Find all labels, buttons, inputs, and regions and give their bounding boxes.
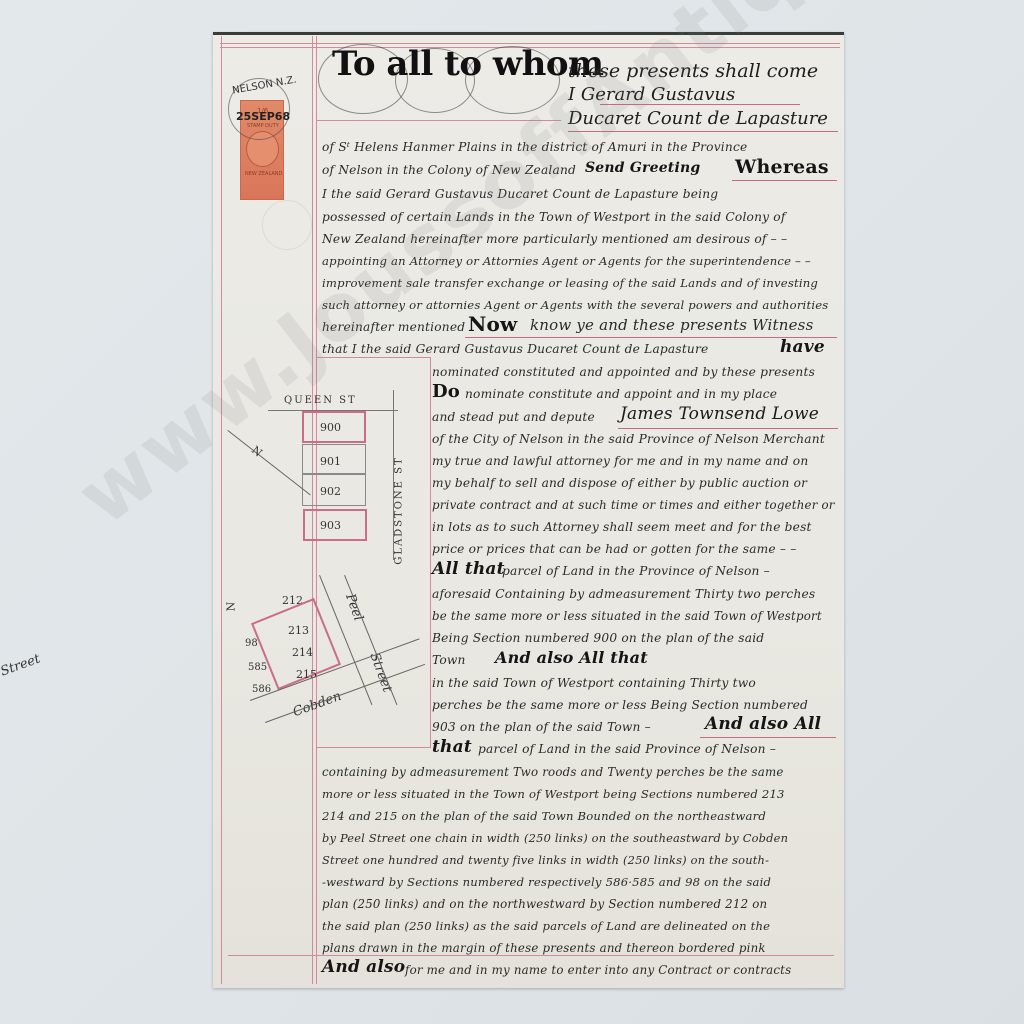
and-also-underline	[700, 737, 836, 738]
stamp-label-bottom: NEW ZEALAND	[245, 171, 282, 177]
lot-903-label: 903	[320, 519, 341, 532]
body-line: in lots as to such Attorney shall seem m…	[432, 520, 812, 534]
body-line: -westward by Sections numbered respectiv…	[322, 875, 771, 889]
title-underline	[316, 120, 561, 121]
body-line: I the said Gerard Gustavus Ducaret Count…	[322, 187, 718, 201]
body-line: plan (250 links) and on the northwestwar…	[322, 897, 767, 911]
do-word: Do	[432, 381, 460, 402]
body-line: such attorney or attornies Agent or Agen…	[322, 298, 828, 312]
body-line: New Zealand hereinafter more particularl…	[322, 232, 787, 246]
lot-98-label: 98	[245, 638, 258, 649]
body-line: 903 on the plan of the said Town –	[432, 720, 651, 734]
all-that-1: All that	[432, 559, 505, 579]
north-arrow-2: N	[224, 602, 237, 612]
header-underline-3	[568, 131, 838, 132]
body-line: hereinafter mentioned	[322, 320, 465, 334]
body-line: that I the said Gerard Gustavus Ducaret …	[322, 342, 708, 356]
that-word: that	[432, 737, 472, 757]
body-line: be the same more or less situated in the…	[432, 609, 822, 623]
body-line: my true and lawful attorney for me and i…	[432, 454, 808, 468]
body-line: of the City of Nelson in the said Provin…	[432, 432, 825, 446]
body-line: by Peel Street one chain in width (250 l…	[322, 831, 788, 845]
and-also-all: And also All	[705, 714, 821, 734]
attorney-name: James Townsend Lowe	[620, 404, 819, 424]
queen-street-label: QUEEN ST	[284, 395, 357, 406]
header-underline-2	[600, 104, 800, 105]
body-line: parcel of Land in the Province of Nelson…	[502, 564, 770, 578]
lot-900-label: 900	[320, 421, 341, 434]
body-line: private contract and at such time or tim…	[432, 498, 835, 512]
gladstone-street-label: GLADSTONE ST	[394, 456, 405, 564]
and-also-all-that: And also All that	[495, 648, 648, 667]
margin-box-right	[430, 357, 431, 747]
body-line: my behalf to sell and dispose of either …	[432, 476, 807, 490]
send-greeting: Send Greeting	[585, 160, 700, 176]
body-line: of Nelson in the Colony of New Zealand	[322, 163, 576, 177]
header-line-2: I Gerard Gustavus	[568, 84, 735, 105]
know-ye-line: know ye and these presents Witness	[530, 316, 813, 334]
body-line: parcel of Land in the said Province of N…	[478, 742, 776, 756]
body-line: plans drawn in the margin of these prese…	[322, 941, 766, 955]
and-also-final: And also	[322, 957, 405, 977]
cobden-street-label-2: Street	[0, 651, 42, 679]
margin-box-top	[316, 357, 431, 358]
header-line-1: these presents shall come	[568, 60, 818, 82]
document-title: To all to whom	[332, 44, 603, 84]
whereas-heading: Whereas	[735, 156, 829, 178]
body-line: nominated constituted and appointed and …	[432, 365, 815, 379]
body-line: and stead put and depute	[432, 410, 595, 424]
lot-214-label: 214	[292, 646, 313, 659]
body-line: price or prices that can be had or gotte…	[432, 542, 797, 556]
body-line: nominate constitute and appoint and in m…	[465, 387, 777, 401]
lot-585-label: 585	[248, 662, 267, 673]
header-line-3: Ducaret Count de Lapasture	[568, 108, 828, 129]
whereas-underline	[732, 180, 837, 181]
body-line: Town	[432, 653, 466, 667]
body-line: for me and in my name to enter into any …	[405, 963, 791, 977]
bottom-rule	[228, 955, 834, 956]
body-line: improvement sale transfer exchange or le…	[322, 276, 818, 290]
body-line: of Sᵗ Helens Hanmer Plains in the distri…	[322, 140, 747, 154]
lot-901-label: 901	[320, 455, 341, 468]
attorney-underline	[618, 428, 838, 429]
body-line: more or less situated in the Town of Wes…	[322, 787, 785, 801]
margin-box-bottom	[316, 747, 431, 748]
lot-902-label: 902	[320, 485, 341, 498]
embossed-seal	[262, 200, 312, 250]
have-word: have	[780, 337, 825, 357]
body-line: containing by admeasurement Two roods an…	[322, 765, 784, 779]
postmark-date: 25SEP68	[236, 110, 290, 123]
body-line: aforesaid Containing by admeasurement Th…	[432, 587, 815, 601]
now-heading: Now	[468, 312, 517, 336]
body-line: Being Section numbered 900 on the plan o…	[432, 631, 764, 645]
body-line: perches be the same more or less Being S…	[432, 698, 808, 712]
body-line: 214 and 215 on the plan of the said Town…	[322, 809, 766, 823]
body-line: in the said Town of Westport containing …	[432, 676, 756, 690]
lot-213-label: 213	[288, 624, 309, 637]
body-line: possessed of certain Lands in the Town o…	[322, 210, 786, 224]
body-line: appointing an Attorney or Attornies Agen…	[322, 254, 811, 268]
left-rule	[221, 36, 222, 984]
body-line: Street one hundred and twenty five links…	[322, 853, 769, 867]
body-line: the said plan (250 links) as the said pa…	[322, 919, 770, 933]
